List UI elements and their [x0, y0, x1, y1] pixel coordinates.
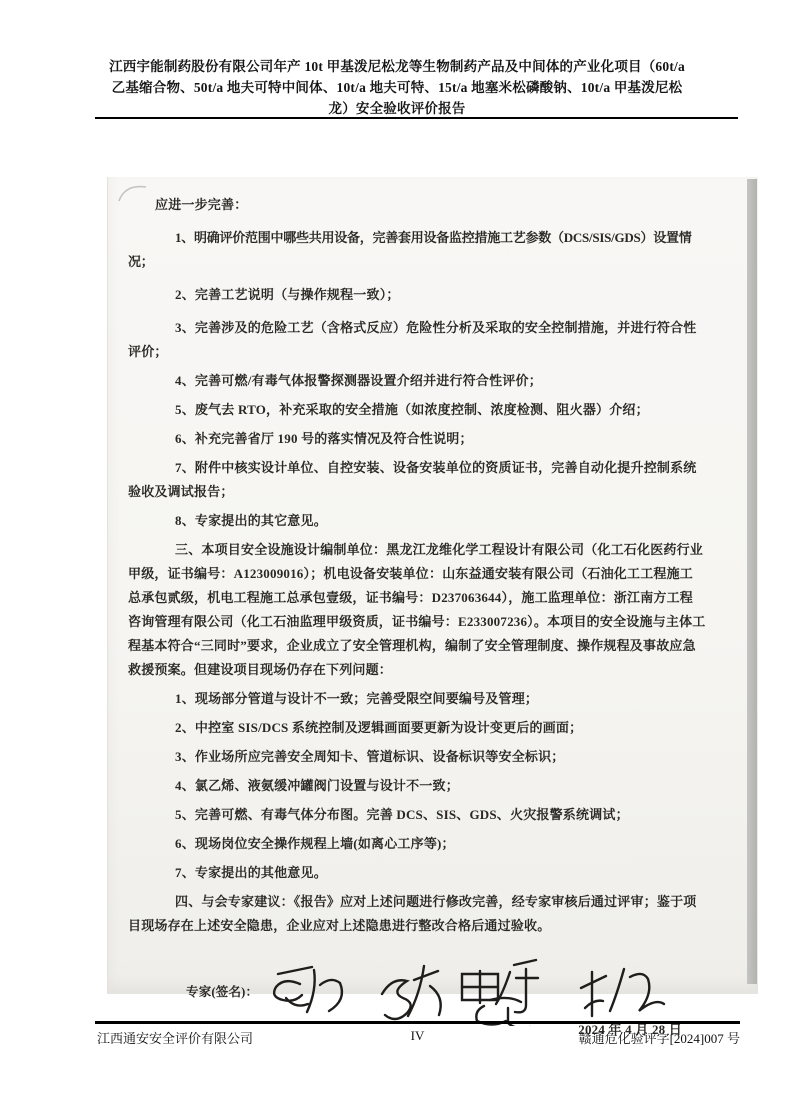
scan-edge-shadow	[747, 179, 757, 984]
scanned-document: 应进一步完善： 1、明确评价范围中哪些共用设备，完善套用设备监控措施工艺参数（D…	[107, 177, 758, 994]
list-item: 6、现场岗位安全操作规程上墙(如离心工序等)；	[128, 832, 706, 856]
list-item: 4、氯乙烯、液氨缓冲罐阀门设置与设计不一致；	[128, 774, 706, 798]
list-item: 2、完善工艺说明（与操作规程一致）；	[128, 283, 706, 307]
list-item: 7、专家提出的其他意见。	[128, 861, 706, 885]
page-footer: 江西通安安全评价有限公司 IV 赣通危化验评字[2024]007 号	[95, 1028, 740, 1048]
report-title-line1: 江西宇能制药股份有限公司年产 10t 甲基泼尼松龙等生物制药产品及中间体的产业化…	[84, 56, 710, 77]
signature-3	[462, 960, 538, 1012]
signature-1	[274, 967, 342, 1012]
report-title: 江西宇能制药股份有限公司年产 10t 甲基泼尼松龙等生物制药产品及中间体的产业化…	[84, 56, 710, 119]
list-item: 5、废气去 RTO，补充采取的安全措施（如浓度控制、浓度检测、阻火器）介绍；	[128, 398, 706, 422]
page-curl-mark	[118, 181, 150, 203]
intro-line: 应进一步完善：	[128, 193, 706, 217]
report-title-line3: 龙）安全验收评价报告	[84, 98, 710, 119]
list-item: 8、专家提出的其它意见。	[128, 509, 706, 533]
signature-5	[581, 969, 664, 1016]
section3-paragraph: 三、本项目安全设施设计编制单位：黑龙江龙维化学工程设计有限公司（化工石化医药行业…	[128, 538, 706, 682]
scan-body-text: 应进一步完善： 1、明确评价范围中哪些共用设备，完善套用设备监控措施工艺参数（D…	[108, 177, 757, 1042]
signature-row: 专家(签名)：	[186, 958, 706, 1022]
list-item: 4、完善可燃/有毒气体报警探测器设置介绍并进行符合性评价；	[128, 369, 706, 393]
footer-divider	[95, 1021, 740, 1024]
list-item: 2、中控室 SIS/DCS 系统控制及逻辑画面要更新为设计变更后的画面；	[128, 716, 706, 740]
report-title-line2: 乙基缩合物、50t/a 地夫可特中间体、10t/a 地夫可特、15t/a 地塞米…	[84, 77, 710, 98]
footer-doc-number: 赣通危化验评字[2024]007 号	[579, 1028, 740, 1047]
list-item: 6、补充完善省厅 190 号的落实情况及符合性说明；	[128, 427, 706, 451]
list-item: 3、完善涉及的危险工艺（含格式反应）危险性分析及采取的安全控制措施，并进行符合性…	[128, 316, 706, 364]
signature-2	[382, 966, 441, 1019]
list-item: 1、明确评价范围中哪些共用设备，完善套用设备监控措施工艺参数（DCS/SIS/G…	[128, 226, 706, 274]
list-item: 1、现场部分管道与设计不一致；完善受限空间要编号及管理；	[128, 687, 706, 711]
list-item: 5、完善可燃、有毒气体分布图。完善 DCS、SIS、GDS、火灾报警系统调试；	[128, 803, 706, 827]
list-item: 3、作业场所应完善安全周知卡、管道标识、设备标识等安全标识；	[128, 745, 706, 769]
section4-paragraph: 四、与会专家建议：《报告》应对上述问题进行修改完善，经专家审核后通过评审；鉴于项…	[128, 890, 706, 938]
handwritten-signatures	[262, 958, 702, 1026]
header-divider	[95, 117, 738, 119]
list-item: 7、附件中核实设计单位、自控安装、设备安装单位的资质证书，完善自动化提升控制系统…	[128, 456, 706, 504]
signature-label: 专家(签名)：	[186, 958, 258, 1004]
